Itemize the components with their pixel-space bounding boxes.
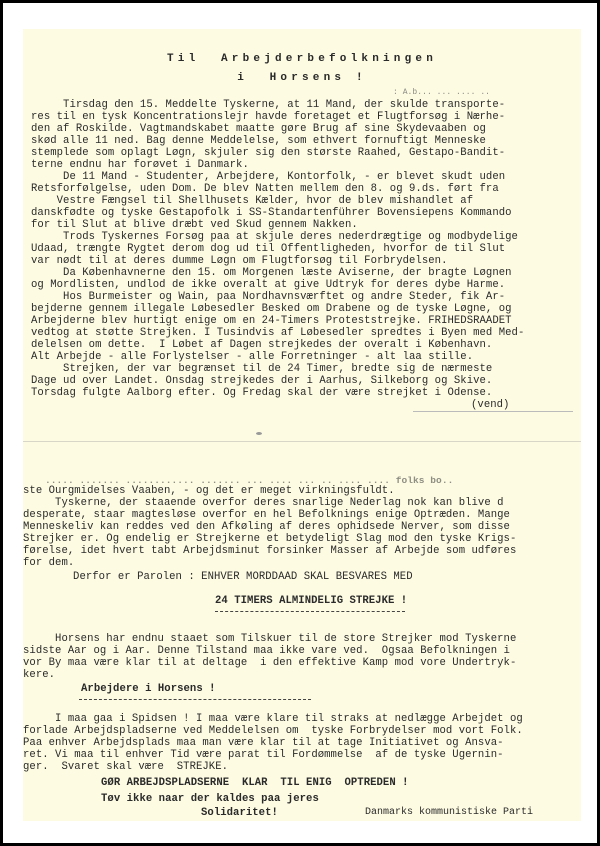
continued-label: (vend)	[471, 399, 509, 411]
text-line: den af Roskilde. Vagtmandskabet maatte g…	[31, 123, 486, 135]
text-line: sidste Aar og i Aar. Denne Tilstand maa …	[23, 645, 510, 657]
text-line: Hos Burmeister og Wain, paa Nordhavnsvær…	[31, 291, 505, 303]
text-line: ste Ourgmidelses Vaaben, - og det er meg…	[23, 485, 395, 497]
text-line: I maa gaa i Spidsen ! I maa være klare t…	[23, 713, 523, 725]
text-line: Trods Tyskernes Forsøg paa at skjule der…	[31, 231, 518, 243]
text-line: stemplede som oplagt Løgn, skjuler sig d…	[31, 147, 505, 159]
text-line: De 11 Mand - Studenter, Arbejdere, Konto…	[31, 171, 505, 183]
closing-slogan-3: Solidaritet!	[201, 807, 278, 819]
text-line: Torsdag fulgte Aalborg efter. Og Fredag …	[31, 387, 492, 399]
text-line: terne endnu har forøvet i Danmark.	[31, 159, 249, 171]
text-line: Da Københavnerne den 15. om Morgenen læs…	[31, 267, 512, 279]
parole-line: Derfor er Parolen : ENHVER MORDDAAD SKAL…	[41, 571, 413, 583]
text-line: Menneskeliv kan reddes ved den Afkøling …	[23, 521, 510, 533]
fold-line	[23, 441, 581, 442]
parole-slogan: 24 TIMERS ALMINDELIG STREJKE !	[215, 595, 407, 607]
text-line: Paa enhver Arbejdsplads maa man være kla…	[23, 737, 504, 749]
text-line: Strejker er. Og endelig er Strejkerne et…	[23, 533, 516, 545]
text-line: Tyskerne, der staaende overfor deres sna…	[23, 497, 504, 509]
slogan-underline	[215, 611, 405, 612]
text-line: ger. Svaret skal være STREJKE.	[23, 761, 228, 773]
closing-slogan-1: GØR ARBEJDSPLADSERNE KLAR TIL ENIG OPTRE…	[101, 777, 409, 789]
page-frame: Til Arbejderbefolkningen i Horsens ! : A…	[3, 3, 597, 843]
text-line: forlade Arbejdspladserne ved Meddelelsen…	[23, 725, 523, 737]
text-line: ret. Vi maa til enhver Tid være parat ti…	[23, 749, 504, 761]
text-line: res til en tysk Koncentrationslejr havde…	[31, 111, 505, 123]
closing-slogan-2: Tøv ikke naar der kaldes paa jeres	[101, 793, 319, 805]
text-line: Vestre Fængsel til Shellhusets Kælder, h…	[31, 195, 473, 207]
subheading-underline	[79, 699, 311, 700]
text-line: danskfødte og tyske Gestapofolk i SS-Sta…	[31, 207, 512, 219]
subheading: Arbejdere i Horsens !	[81, 683, 216, 695]
text-line: bejderne gennem illegale Løbesedler Besk…	[31, 303, 512, 315]
leaflet-page: Til Arbejderbefolkningen i Horsens ! : A…	[23, 29, 581, 821]
text-line: delelsen om dette. I Løbet af Dagen stre…	[31, 339, 492, 351]
text-line: førelse, idet hvert tabt Arbejdsminut fo…	[23, 545, 516, 557]
text-line: Strejken, der var begrænset til de 24 Ti…	[31, 363, 492, 375]
text-line: Udaad, trængte Rygtet derom dog ud til O…	[31, 243, 505, 255]
text-line: vedtog at støtte Strejken. I Tusindvis a…	[31, 327, 524, 339]
text-line: Tirsdag den 15. Meddelte Tyskerne, at 11…	[31, 99, 505, 111]
text-line: og Mordlisten, undlod de ikke overalt at…	[31, 279, 505, 291]
signature: Danmarks kommunistiske Parti	[365, 807, 533, 819]
text-line: var nødt til at deres dumme Løgn om Flug…	[31, 255, 447, 267]
text-line: for til Slut at blive dræbt ved Skud gen…	[31, 219, 358, 231]
ink-speck	[256, 432, 262, 435]
text-line: for dem.	[23, 557, 74, 569]
text-line: vor By maa være klar til at deltage i de…	[23, 657, 516, 669]
text-line: Alt Arbejde - alle Forlystelser - alle F…	[31, 351, 473, 363]
document-subtitle: i Horsens !	[23, 72, 581, 84]
text-line: skød alle 11 ned. Bag denne Meddelelse, …	[31, 135, 486, 147]
text-line: Arbejderne blev hurtigt enige om en 24-T…	[31, 315, 512, 327]
text-line: Horsens har endnu staaet som Tilskuer ti…	[23, 633, 516, 645]
text-line: desperate, staar magtesløse overfor en h…	[23, 509, 510, 521]
document-title: Til Arbejderbefolkningen	[23, 53, 581, 65]
text-line: Dage ud over Landet. Onsdag strejkedes d…	[31, 375, 492, 387]
text-line: kere.	[23, 669, 55, 681]
text-line: Retsforfølgelse, uden Dom. De blev Natte…	[31, 183, 499, 195]
overtyped-fragment: : A.b... ... .... ..	[393, 87, 490, 99]
